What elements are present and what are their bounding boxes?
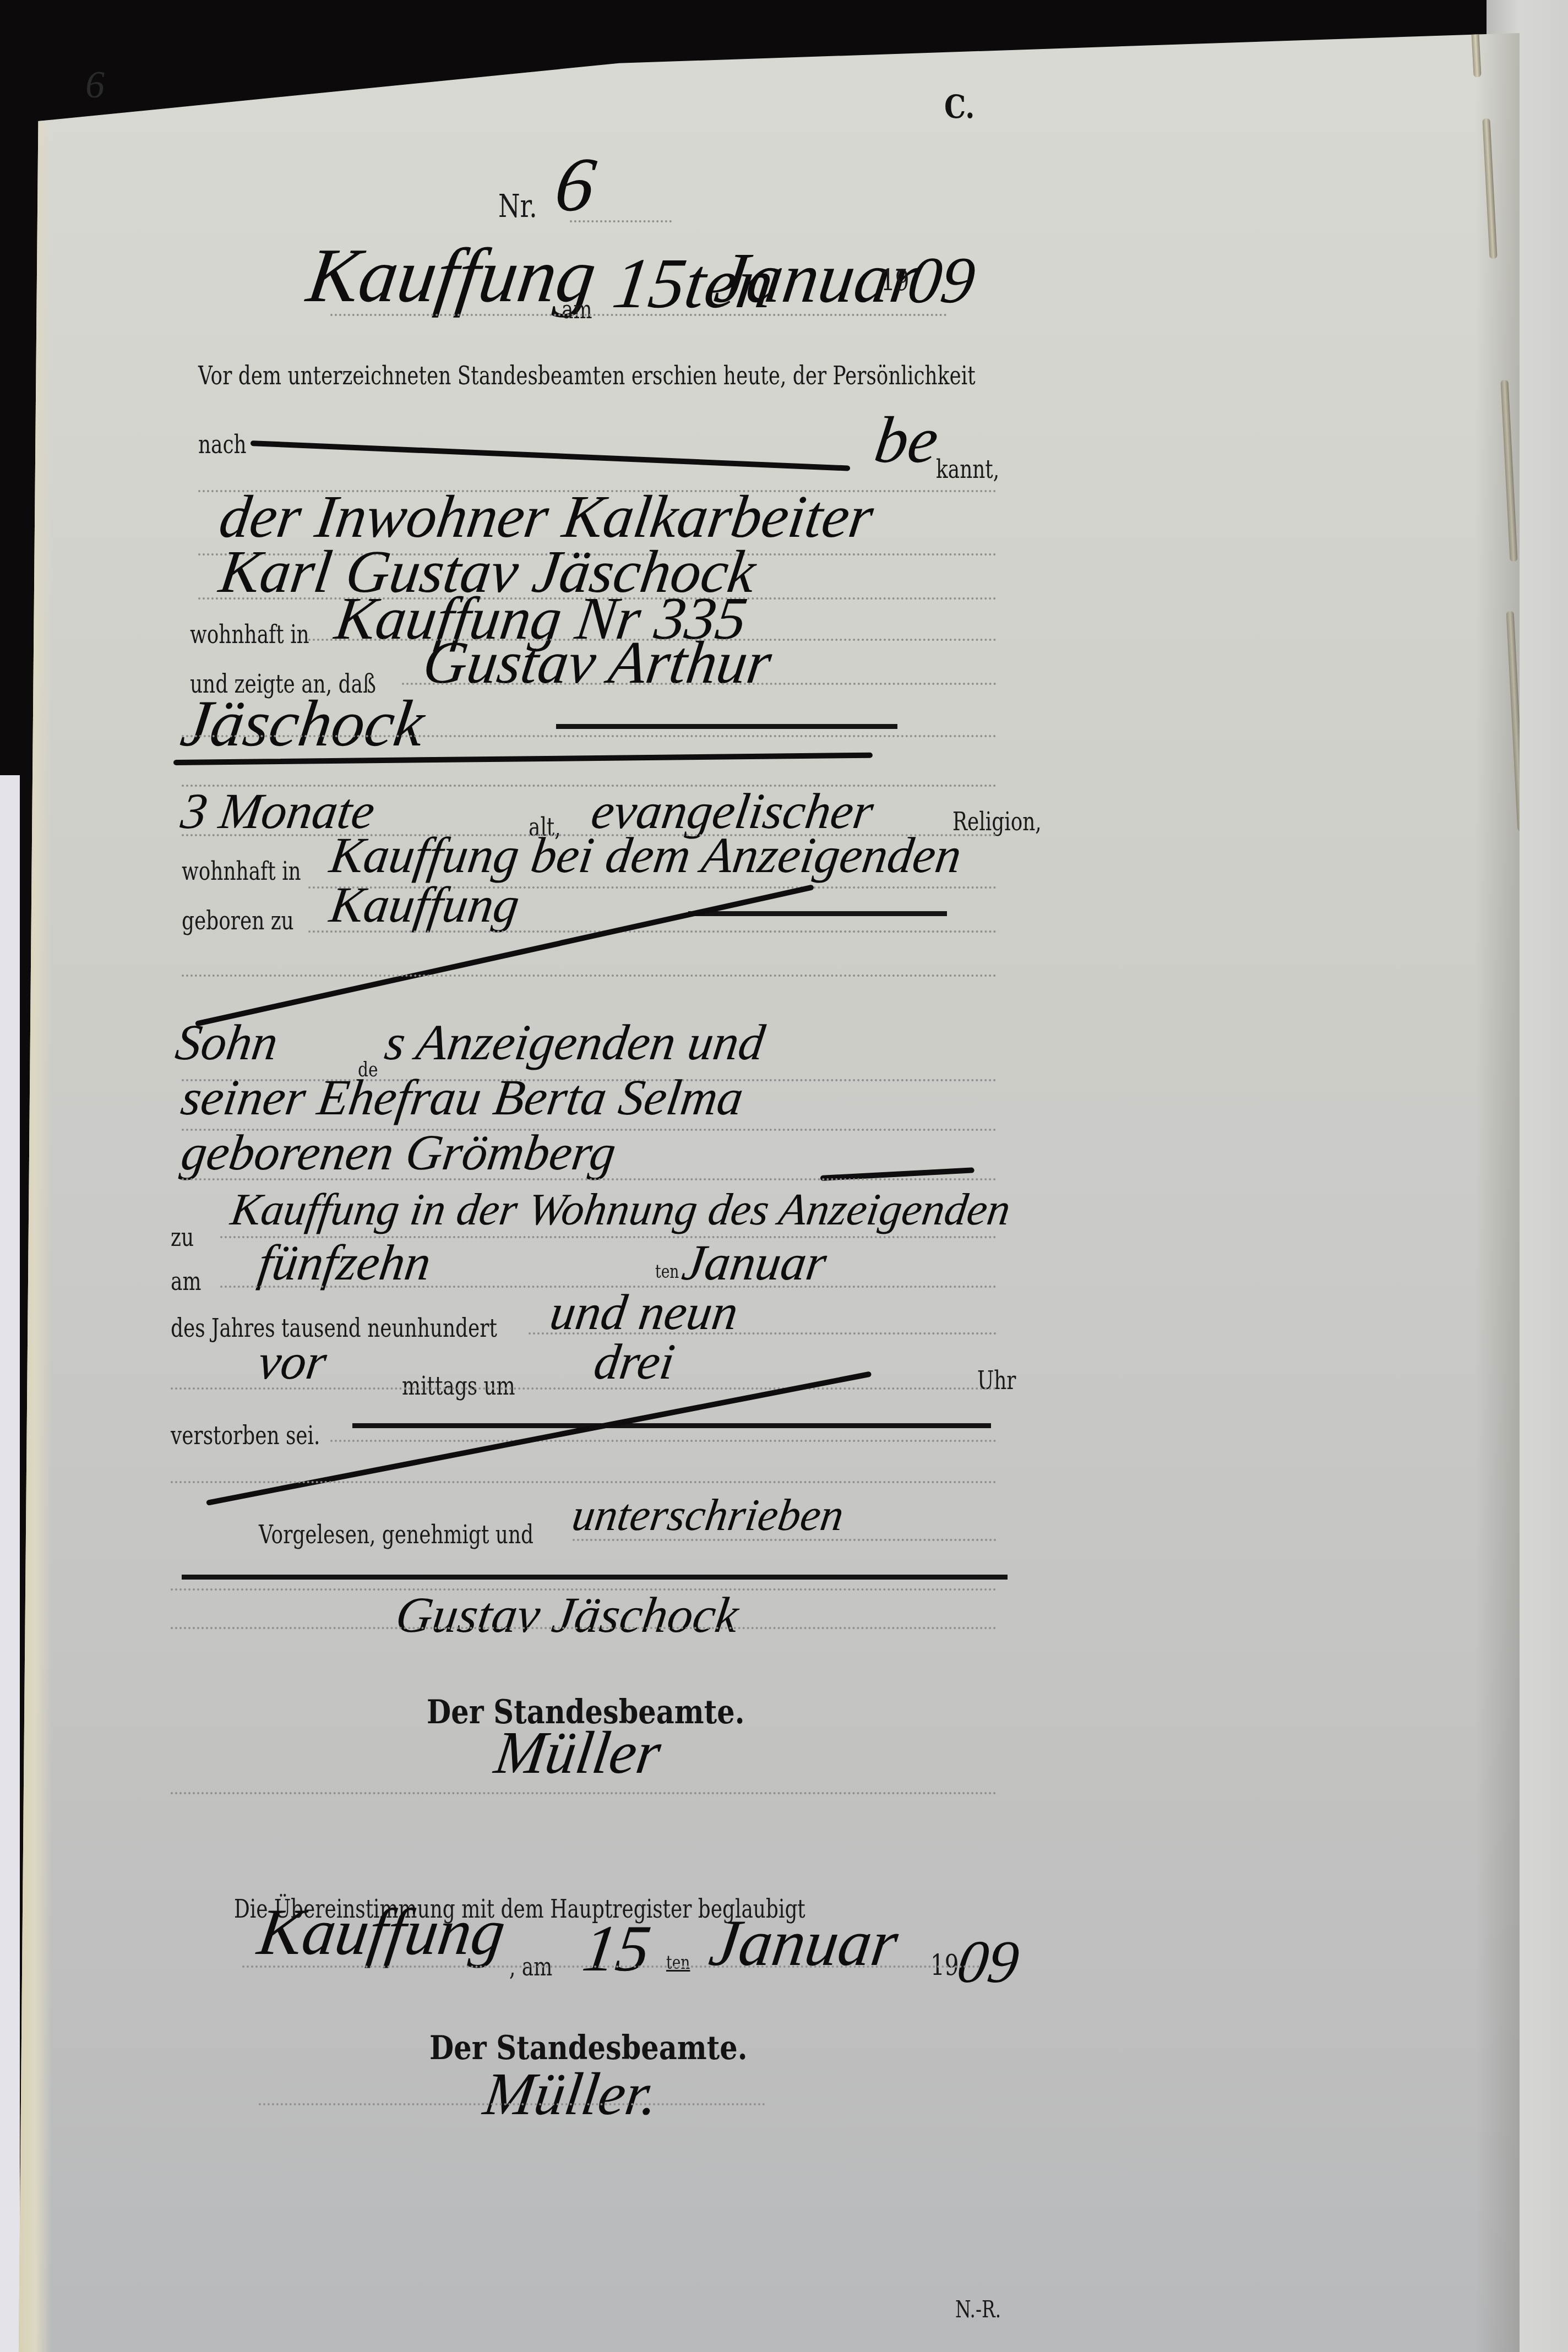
deceased-wohnhaft-label: wohnhaft in: [182, 856, 301, 886]
religion-label: Religion,: [952, 807, 1042, 836]
dotted-line: [182, 735, 997, 737]
death-day-words: fünfzehn: [255, 1233, 435, 1292]
am-label: am: [562, 295, 592, 324]
deceased-given-names: Gustav Arthur: [419, 628, 776, 698]
deceased-surname: Jäschock: [176, 685, 429, 761]
binding-staple: [1482, 118, 1497, 259]
dotted-line: [182, 974, 997, 977]
bekannt-print: kannt,: [936, 454, 999, 484]
dotted-line: [570, 220, 672, 222]
dotted-line: [573, 1539, 997, 1541]
certification-place: Kauffung: [253, 1894, 510, 1970]
mittags-label: mittags um: [402, 1371, 515, 1401]
dotted-line: [259, 2103, 765, 2105]
dotted-line: [242, 1966, 980, 1968]
record-year-prefix: 19: [881, 264, 910, 297]
geboren-label: geboren zu: [182, 906, 294, 935]
parents-sohn: Sohn: [172, 1013, 282, 1071]
fill-line: [352, 1423, 991, 1428]
parents-anzeigenden: s Anzeigenden und: [382, 1013, 769, 1071]
official-signature: Müller: [491, 1718, 665, 1788]
dotted-line: [171, 1387, 997, 1390]
deceased-birthplace: Kauffung: [326, 875, 523, 934]
fill-line: [688, 911, 947, 916]
binding-staple: [1471, 22, 1481, 78]
death-place: Kauffung in der Wohnung des Anzeigenden: [227, 1184, 1014, 1235]
dotted-line: [182, 1178, 997, 1180]
footer-mark: N.-R.: [955, 2296, 1001, 2323]
dotted-line: [308, 930, 997, 933]
bekannt-hand: be: [870, 402, 943, 478]
nach-label: nach: [198, 429, 247, 459]
dotted-line: [171, 1481, 997, 1483]
form-letter: C.: [944, 88, 975, 126]
corner-page-number: 6: [85, 63, 105, 107]
fill-line: [556, 724, 897, 729]
death-am-label: am: [171, 1266, 201, 1296]
dotted-line: [330, 314, 947, 316]
parents-mother: seiner Ehefrau Berta Selma: [178, 1068, 747, 1126]
record-year-suffix: 09: [903, 242, 979, 318]
certification-ten-label: ten: [666, 1952, 690, 1974]
zu-label: zu: [171, 1222, 194, 1252]
death-ten-label: ten: [655, 1261, 679, 1283]
entry-number-label: Nr.: [498, 187, 537, 225]
paper-slip: [0, 775, 20, 2352]
dotted-line: [171, 1627, 997, 1629]
verstorben-label: verstorben sei.: [171, 1420, 320, 1450]
certification-day: 15: [578, 1910, 655, 1986]
parents-maiden-name: geborenen Grömberg: [178, 1123, 620, 1182]
dotted-line: [171, 1792, 997, 1794]
jahres-label: des Jahres tausend neunhundert: [171, 1313, 497, 1343]
certification-official-signature: Müller.: [480, 2059, 663, 2129]
uhr-label: Uhr: [977, 1365, 1016, 1395]
certification-year-suffix: 09: [953, 1927, 1023, 1997]
binding-staple: [1500, 380, 1517, 562]
section-divider: [182, 1575, 1008, 1580]
record-place: Kauffung: [302, 231, 602, 320]
death-hour-words: drei: [591, 1332, 679, 1391]
dotted-line: [330, 1440, 997, 1442]
unterschrieben: unterschrieben: [569, 1489, 847, 1541]
informant-signature: Gustav Jäschock: [393, 1586, 743, 1644]
vorgelesen-label: Vorgelesen, genehmigt und: [259, 1520, 533, 1549]
wohnhaft-label: wohnhaft in: [190, 619, 309, 649]
death-time-prefix: vor: [255, 1332, 331, 1391]
dotted-line: [402, 683, 997, 685]
intro-line: Vor dem unterzeichneten Standesbeamten e…: [198, 361, 976, 390]
certification-month: Januar: [705, 1905, 902, 1981]
